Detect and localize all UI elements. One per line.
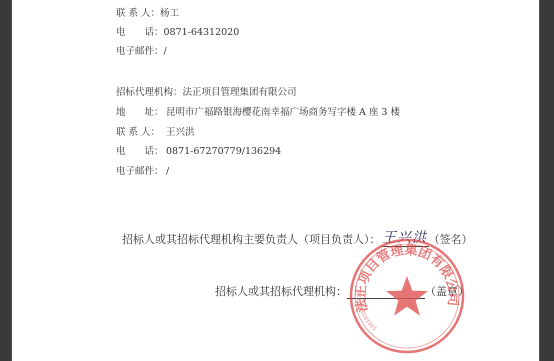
agency-email-row: 电子邮件：/ bbox=[116, 166, 169, 178]
agency-phone-label: 电 话： bbox=[116, 146, 166, 158]
responsible-label: 招标人或其招标代理机构主要负责人（项目负责人）： bbox=[122, 233, 381, 246]
agency-email-value: / bbox=[166, 166, 169, 177]
address-value: 昆明市广福路银海樱花南幸福广场商务写字楼 A 座 3 楼 bbox=[166, 107, 400, 118]
agency-email-label: 电子邮件： bbox=[116, 166, 166, 178]
agency-contact-value: 王兴洪 bbox=[166, 127, 195, 138]
email-row: 电子邮件：/ bbox=[116, 46, 167, 58]
contact-value: 杨工 bbox=[160, 8, 179, 19]
address-label: 地 址： bbox=[116, 107, 166, 119]
org-label: 招标人或其招标代理机构： bbox=[215, 285, 347, 298]
address-row: 地 址：昆明市广福路银海樱花南幸福广场商务写字楼 A 座 3 楼 bbox=[116, 107, 400, 119]
email-label: 电子邮件： bbox=[116, 46, 164, 58]
agency-label: 招标代理机构： bbox=[116, 87, 183, 99]
company-seal-icon: 法正项目管理集团有限公司 5301020007770 bbox=[347, 236, 467, 356]
star-icon bbox=[386, 276, 428, 316]
agency-contact-row: 联 系 人：王兴洪 bbox=[116, 127, 195, 139]
email-value: / bbox=[164, 46, 167, 57]
contact-row: 联 系 人：杨工 bbox=[116, 8, 179, 20]
agency-phone-row: 电 话：0871-67270779/136294 bbox=[116, 146, 281, 158]
phone-label: 电 话： bbox=[116, 27, 164, 39]
contact-label: 联 系 人： bbox=[116, 8, 160, 20]
agency-phone-value: 0871-67270779/136294 bbox=[166, 146, 281, 157]
agency-value: 法正项目管理集团有限公司 bbox=[183, 87, 297, 98]
document-page: 联 系 人：杨工 电 话：0871-64312020 电子邮件：/ 招标代理机构… bbox=[12, 0, 539, 361]
phone-value: 0871-64312020 bbox=[164, 27, 240, 38]
phone-row: 电 话：0871-64312020 bbox=[116, 27, 239, 39]
agency-contact-label: 联 系 人： bbox=[116, 127, 166, 139]
agency-row: 招标代理机构：法正项目管理集团有限公司 bbox=[116, 87, 297, 99]
